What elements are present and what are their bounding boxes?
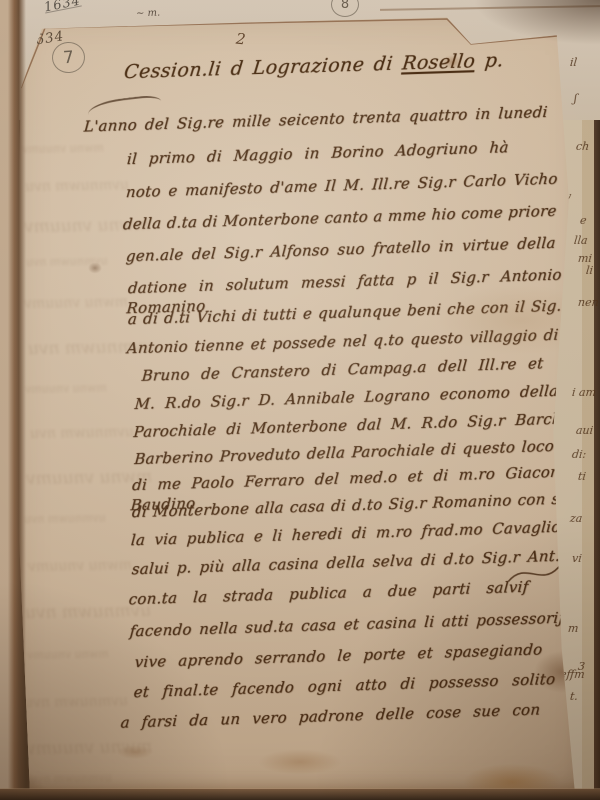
manuscript-line: con.ta la strada publica a due parti sal… xyxy=(128,577,529,610)
ink-fragment: za xyxy=(569,512,583,525)
manuscript-line: a farsi da un vero padrone delle cose su… xyxy=(120,699,541,732)
manuscript-line: vive aprendo serrando le porte et spaseg… xyxy=(134,639,543,672)
manuscript-line: M. R.do Sig.r D. Annibale Lograno econom… xyxy=(134,381,559,414)
manuscript-line: la via publica e li heredi di m.ro frad.… xyxy=(130,517,561,551)
manuscript-line: della d.ta di Monterbone canto a mme hio… xyxy=(122,201,557,235)
ink-fragment: aui xyxy=(575,424,594,437)
bottom-page-stack-edge xyxy=(0,789,600,800)
manuscript-body: L'anno del Sig.re mille seicento trenta … xyxy=(0,0,600,800)
manuscript-page: mwnu vnuumvuvmnuwm nvumwnu vnuumvuvmnuwm… xyxy=(0,0,600,800)
manuscript-line: noto e manifesto d'ame Il M. Ill.re Sig.… xyxy=(125,169,558,203)
ink-fragment: lla xyxy=(573,234,588,247)
ink-fragment: i am xyxy=(571,386,596,399)
ink-fragment: ti xyxy=(577,470,586,483)
left-page-stack-edge xyxy=(0,0,26,800)
top-edge-scribble: ~ m. xyxy=(136,8,161,20)
ink-fragment: vi xyxy=(571,552,582,565)
handwriting-layer: Cession.li d Lograzione di Rosello p. L'… xyxy=(0,0,600,800)
manuscript-line: Antonio tienne et possede nel q.to quest… xyxy=(126,325,559,359)
manuscript-line: et final.te facendo ogni atto di possess… xyxy=(133,669,556,702)
ink-fragment: nen xyxy=(577,296,599,309)
ink-fragment: m xyxy=(567,622,579,635)
ink-fragment: li xyxy=(585,264,593,277)
folio-number-top: 8 xyxy=(341,0,349,12)
ink-fragment: ch xyxy=(575,140,590,153)
ink-fragment: e xyxy=(579,214,587,227)
ink-fragment: il xyxy=(569,56,577,69)
ink-fragment: ʃ xyxy=(573,92,577,105)
manuscript-photo: { "annotations": { "year_top_sheet": "16… xyxy=(0,0,600,800)
manuscript-line: Bruno de Cranstero di Campag.a dell Ill.… xyxy=(141,353,544,386)
ink-fragment: t. xyxy=(569,690,578,703)
manuscript-line: gen.ale del Sig.r Alfonso suo fratello i… xyxy=(125,233,556,267)
manuscript-line: L'anno del Sig.re mille seicento trenta … xyxy=(83,102,548,137)
manuscript-line: salui p. più alla casina della selva di … xyxy=(131,545,570,579)
manuscript-line: il primo di Maggio in Borino Adogriuno h… xyxy=(126,137,509,169)
manuscript-line: facendo nella sud.ta casa et casina li a… xyxy=(129,608,564,642)
ink-fragment: di: xyxy=(571,448,587,461)
